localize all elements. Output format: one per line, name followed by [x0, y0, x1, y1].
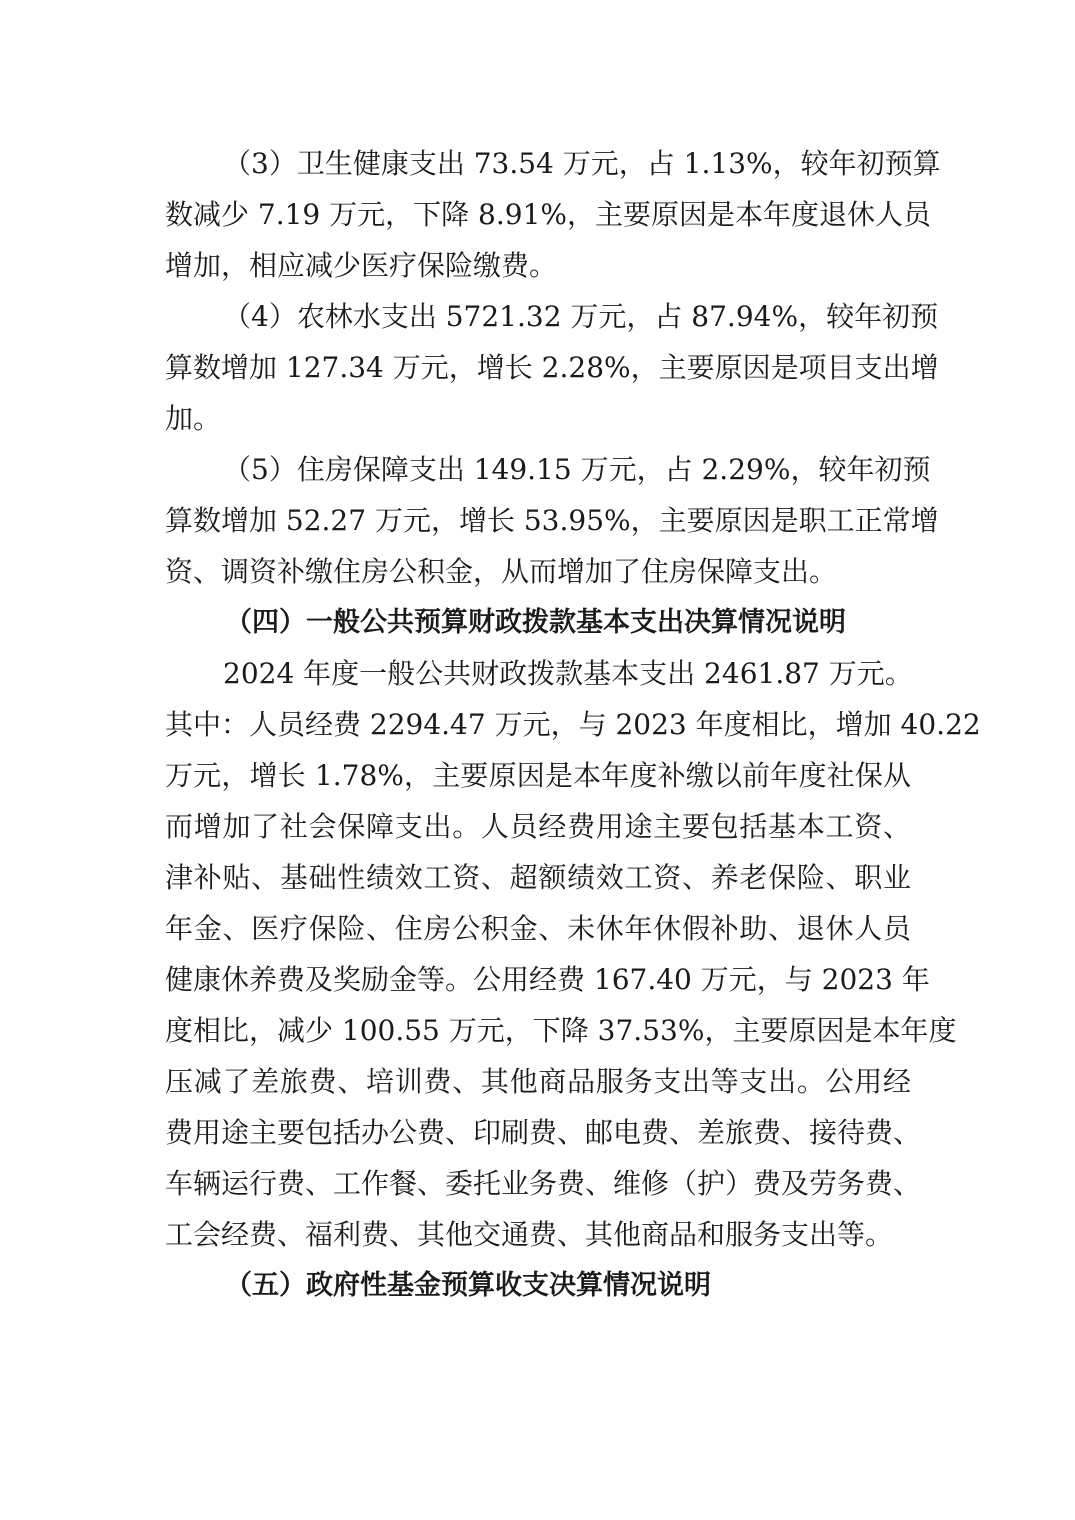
text-line: （4）农林水支出 5721.32 万元，占 87.94%，较年初预: [165, 291, 911, 342]
text-line: 健康休养费及奖励金等。公用经费 167.40 万元，与 2023 年: [165, 954, 911, 1005]
text-line: 压减了差旅费、培训费、其他商品服务支出等支出。公用经: [165, 1056, 911, 1107]
text-line: 增加，相应减少医疗保险缴费。: [165, 240, 911, 291]
text-line: 算数增加 127.34 万元，增长 2.28%，主要原因是项目支出增: [165, 342, 911, 393]
document-page: （3）卫生健康支出 73.54 万元，占 1.13%，较年初预算 数减少 7.1…: [165, 138, 911, 1311]
paragraph-housing-expenditure: （5）住房保障支出 149.15 万元，占 2.29%，较年初预 算数增加 52…: [165, 444, 911, 597]
text-line: 其中：人员经费 2294.47 万元，与 2023 年度相比，增加 40.22: [165, 699, 911, 750]
text-line: 费用途主要包括办公费、印刷费、邮电费、差旅费、接待费、: [165, 1107, 911, 1158]
text-line: 算数增加 52.27 万元，增长 53.95%，主要原因是职工正常增: [165, 495, 911, 546]
text-line: 数减少 7.19 万元，下降 8.91%，主要原因是本年度退休人员: [165, 189, 911, 240]
text-line: 年金、医疗保险、住房公积金、未休年休假补助、退休人员: [165, 903, 911, 954]
section-heading-5: （五）政府性基金预算收支决算情况说明: [165, 1260, 911, 1311]
text-line: （5）住房保障支出 149.15 万元，占 2.29%，较年初预: [165, 444, 911, 495]
text-line: 资、调资补缴住房公积金，从而增加了住房保障支出。: [165, 546, 911, 597]
text-line: 加。: [165, 393, 911, 444]
text-line: 万元，增长 1.78%，主要原因是本年度补缴以前年度社保从: [165, 750, 911, 801]
section-heading: （五）政府性基金预算收支决算情况说明: [165, 1260, 911, 1311]
section-heading-4: （四）一般公共预算财政拨款基本支出决算情况说明: [165, 597, 911, 648]
text-line: 车辆运行费、工作餐、委托业务费、维修（护）费及劳务费、: [165, 1158, 911, 1209]
text-line: 度相比，减少 100.55 万元，下降 37.53%，主要原因是本年度: [165, 1005, 911, 1056]
paragraph-health-expenditure: （3）卫生健康支出 73.54 万元，占 1.13%，较年初预算 数减少 7.1…: [165, 138, 911, 291]
section-heading: （四）一般公共预算财政拨款基本支出决算情况说明: [165, 597, 911, 648]
paragraph-agriculture-expenditure: （4）农林水支出 5721.32 万元，占 87.94%，较年初预 算数增加 1…: [165, 291, 911, 444]
text-line: 津补贴、基础性绩效工资、超额绩效工资、养老保险、职业: [165, 852, 911, 903]
text-line: 而增加了社会保障支出。人员经费用途主要包括基本工资、: [165, 801, 911, 852]
text-line: 2024 年度一般公共财政拨款基本支出 2461.87 万元。: [165, 648, 911, 699]
text-line: 工会经费、福利费、其他交通费、其他商品和服务支出等。: [165, 1209, 911, 1260]
text-line: （3）卫生健康支出 73.54 万元，占 1.13%，较年初预算: [165, 138, 911, 189]
paragraph-basic-expenditure: 2024 年度一般公共财政拨款基本支出 2461.87 万元。 其中：人员经费 …: [165, 648, 911, 1260]
